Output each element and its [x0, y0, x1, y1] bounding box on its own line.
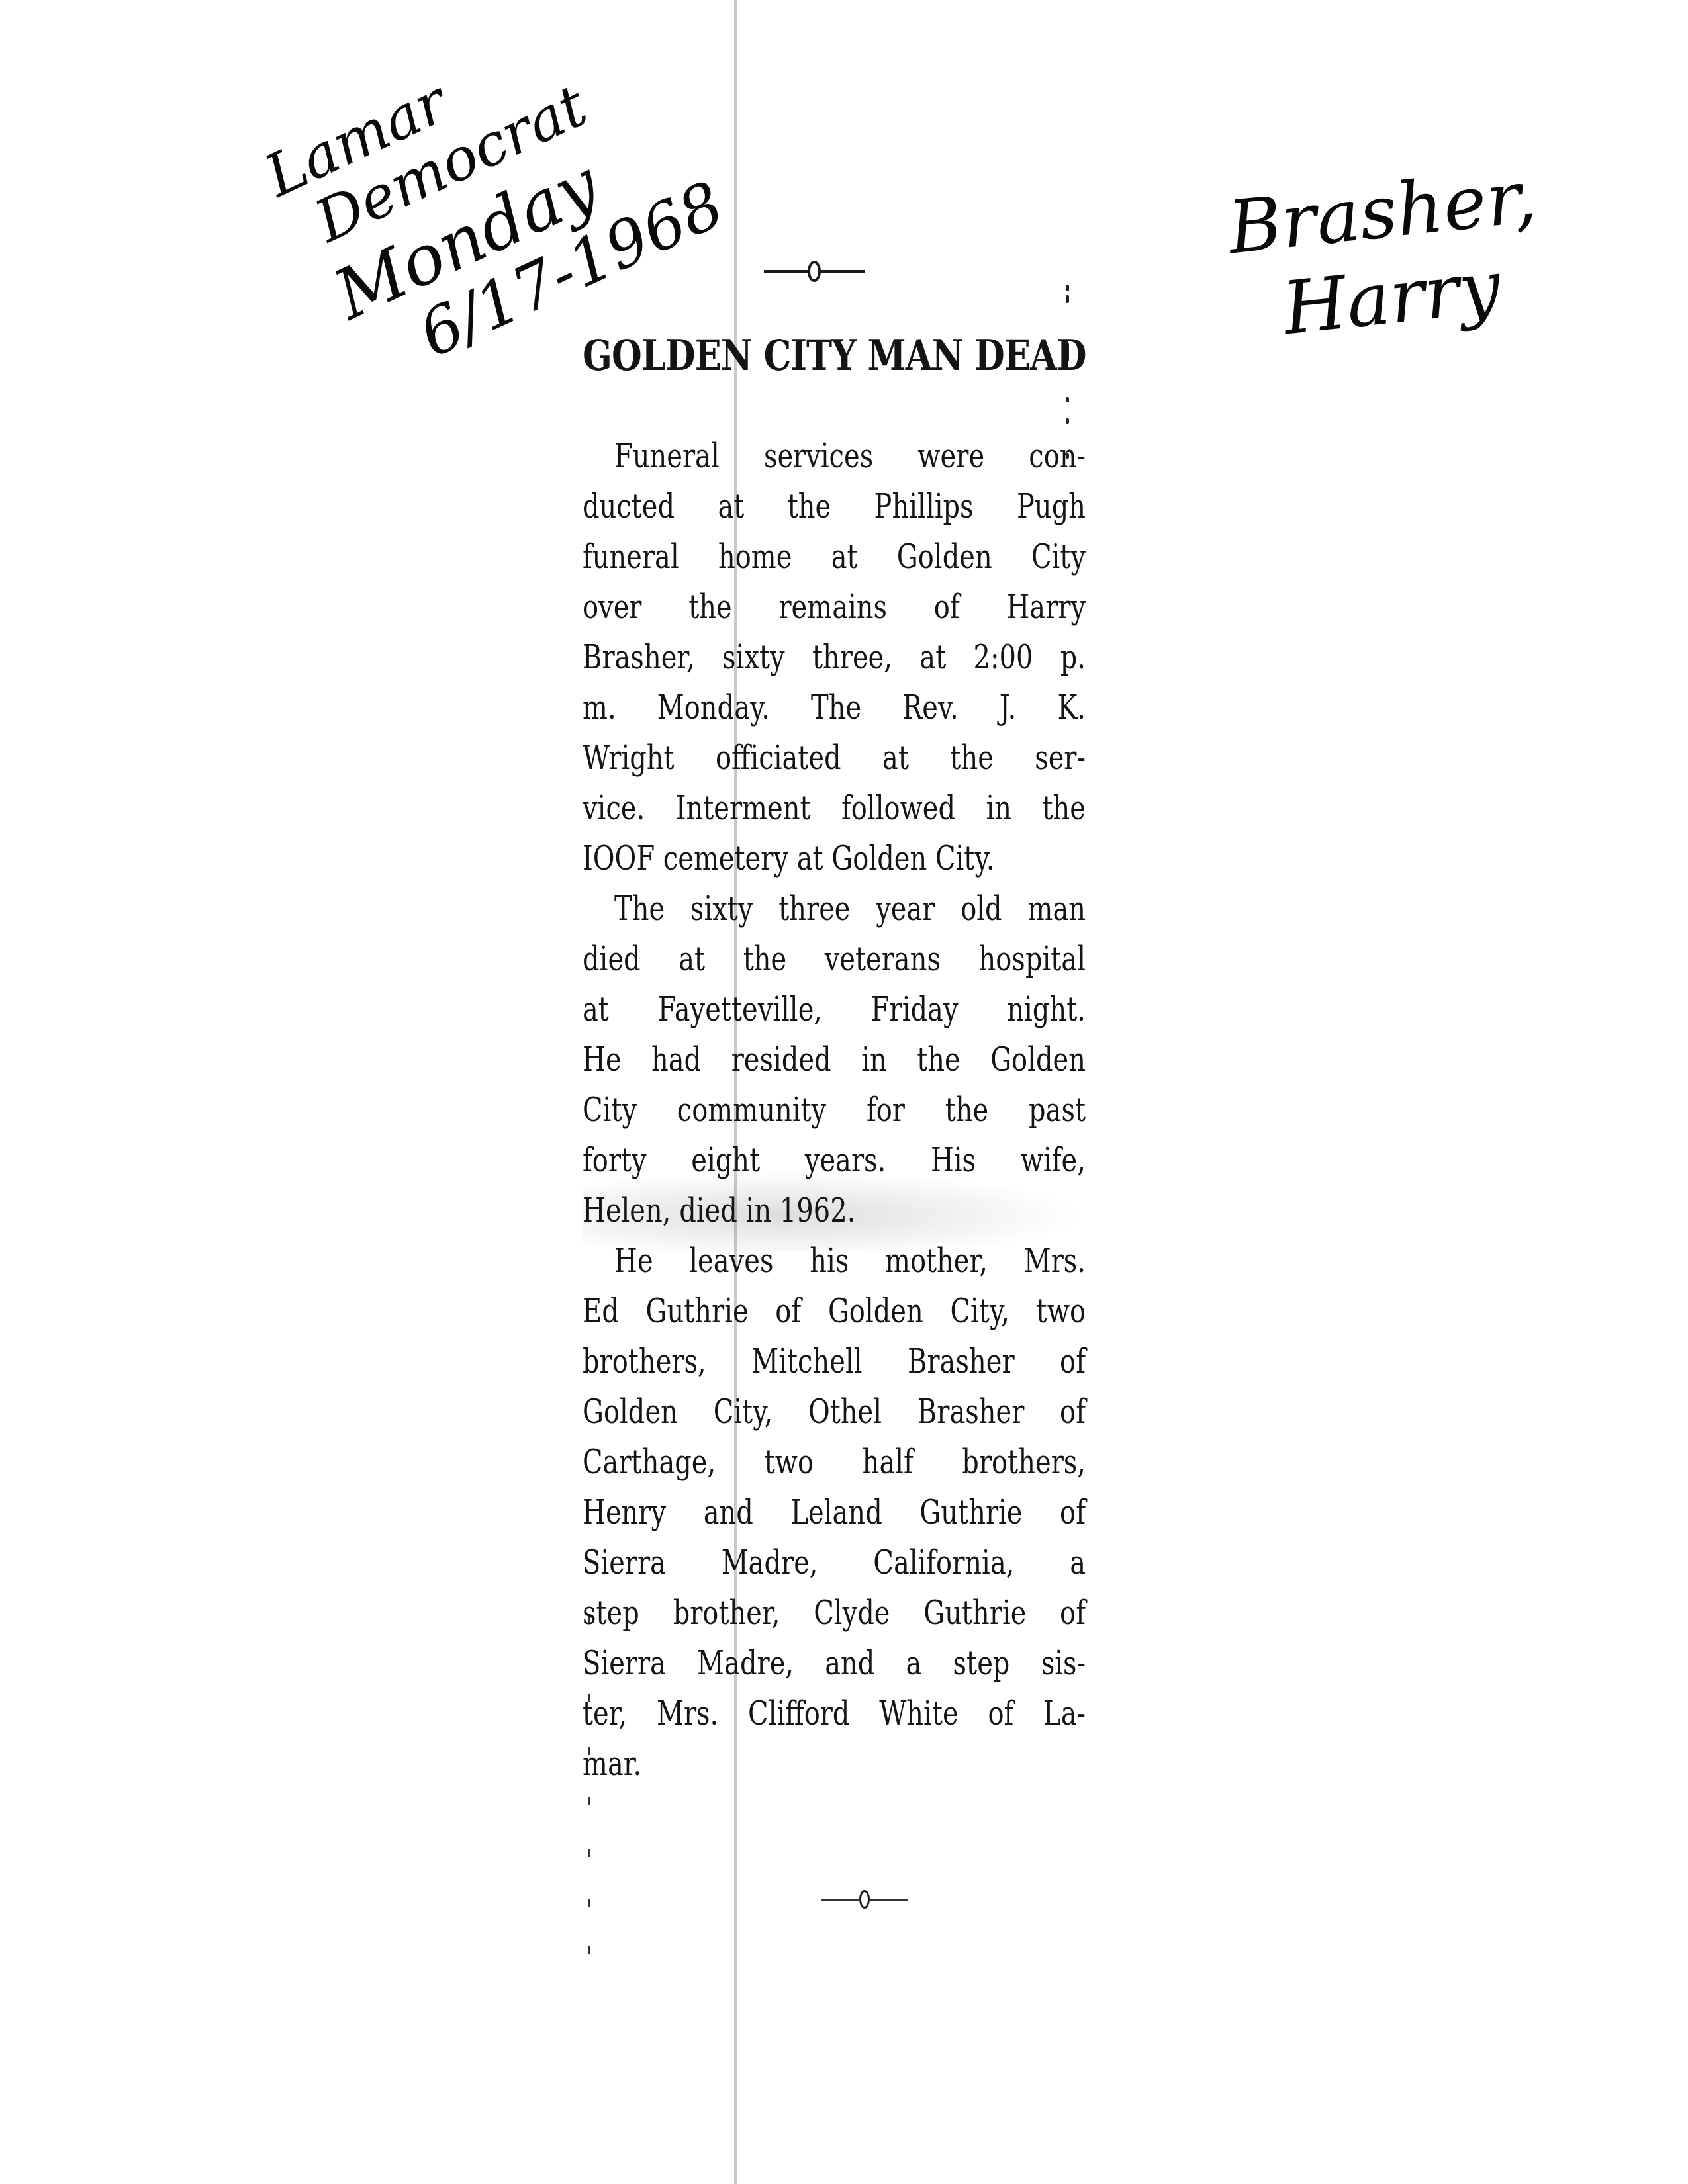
- article-line: Helen, died in 1962.: [583, 1185, 1086, 1236]
- edge-mark: [588, 1946, 590, 1954]
- divider-dash: [821, 1899, 859, 1901]
- article-line: vice. Interment followed in the: [583, 783, 1086, 833]
- article-line: Wright officiated at the ser-: [583, 733, 1086, 783]
- article-line: ter, Mrs. Clifford White of La-: [583, 1688, 1086, 1739]
- article-line: Funeral services were con-: [583, 431, 1086, 481]
- newspaper-clipping: GOLDEN CITY MAN DEAD Funeral services we…: [583, 251, 1086, 1789]
- divider-ornament-bottom: [821, 1880, 908, 1919]
- article-line: over the remains of Harry: [583, 582, 1086, 632]
- article-line: Sierra Madre, and a step sis-: [583, 1638, 1086, 1688]
- article-line: Golden City, Othel Brasher of: [583, 1387, 1086, 1437]
- edge-mark: [588, 1797, 590, 1805]
- article-line: died at the veterans hospital: [583, 934, 1086, 984]
- edge-mark: [588, 1849, 590, 1857]
- article-line: brothers, Mitchell Brasher of: [583, 1336, 1086, 1387]
- article-line: Carthage, two half brothers,: [583, 1437, 1086, 1487]
- article-line: Henry and Leland Guthrie of: [583, 1487, 1086, 1537]
- handwritten-subject-note: Brasher, Harry: [1225, 159, 1548, 349]
- article-line: He had resided in the Golden: [583, 1034, 1086, 1085]
- article-body: Funeral services were con-ducted at the …: [583, 431, 1086, 1789]
- divider-ring-icon: [808, 261, 821, 282]
- article-line: Sierra Madre, California, a: [583, 1537, 1086, 1588]
- article-line: funeral home at Golden City: [583, 531, 1086, 582]
- divider-dash: [821, 270, 865, 273]
- edge-mark: [588, 1899, 590, 1907]
- article-line: IOOF cemetery at Golden City.: [583, 833, 1086, 884]
- article-paragraph: The sixty three year old mandied at the …: [583, 884, 1086, 1236]
- article-line: mar.: [583, 1739, 1086, 1789]
- article-paragraph: Funeral services were con-ducted at the …: [583, 431, 1086, 884]
- article-line: He leaves his mother, Mrs.: [583, 1236, 1086, 1286]
- article-line: forty eight years. His wife,: [583, 1135, 1086, 1185]
- divider-ring-icon: [859, 1890, 870, 1909]
- article-line: step brother, Clyde Guthrie of: [583, 1588, 1086, 1638]
- article-line: ducted at the Phillips Pugh: [583, 481, 1086, 531]
- divider-dash: [870, 1899, 908, 1901]
- headline: GOLDEN CITY MAN DEAD: [583, 331, 995, 381]
- article-line: at Fayetteville, Friday night.: [583, 984, 1086, 1034]
- article-line: City community for the past: [583, 1085, 1086, 1135]
- divider-dash: [764, 270, 808, 273]
- article-line: m. Monday. The Rev. J. K.: [583, 682, 1086, 733]
- article-paragraph: He leaves his mother, Mrs.Ed Guthrie of …: [583, 1236, 1086, 1789]
- divider-ornament-top: [543, 251, 1086, 291]
- article-line: Brasher, sixty three, at 2:00 p.: [583, 632, 1086, 682]
- article-line: Ed Guthrie of Golden City, two: [583, 1286, 1086, 1336]
- article-line: The sixty three year old man: [583, 884, 1086, 934]
